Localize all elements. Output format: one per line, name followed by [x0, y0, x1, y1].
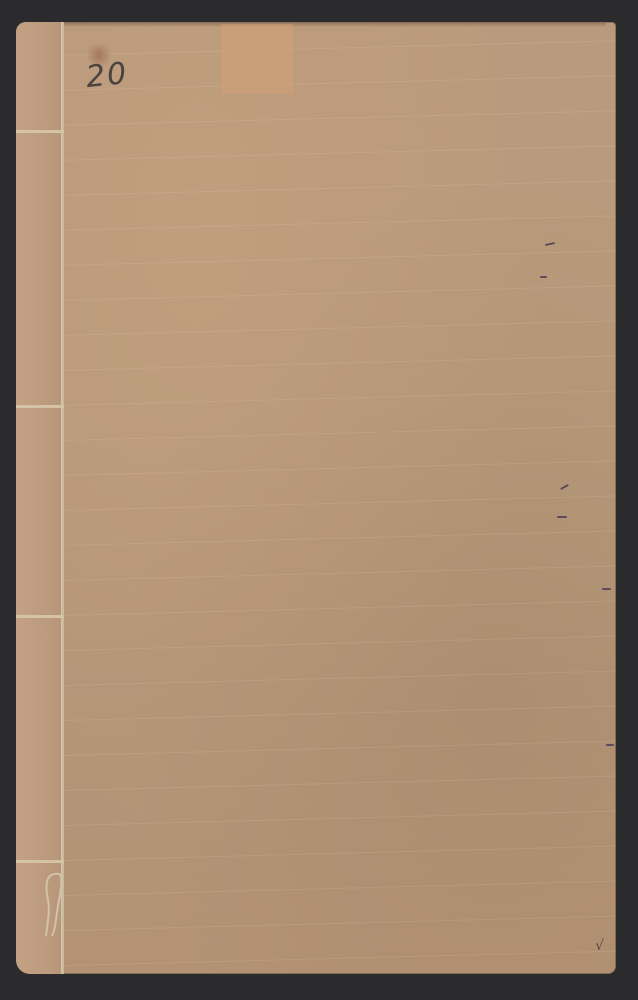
binding-stitch [16, 405, 64, 408]
binding-stitch [16, 860, 64, 863]
margin-tick [557, 516, 567, 518]
margin-tick [560, 484, 569, 490]
book-spine [16, 22, 63, 974]
handwritten-number: 20 [84, 56, 130, 95]
book-cover: 20 √ [16, 22, 616, 974]
margin-tick [540, 276, 547, 278]
margin-tick [602, 588, 611, 590]
binding-stitch [16, 130, 64, 133]
discolored-patch [221, 24, 293, 94]
thread-knot-icon [34, 870, 68, 940]
cover-top-edge [56, 22, 606, 27]
margin-tick [545, 242, 555, 246]
margin-tick [606, 744, 614, 746]
corner-check-mark: √ [595, 938, 604, 954]
spine-binding-thread [61, 22, 64, 974]
binding-stitch [16, 615, 64, 618]
